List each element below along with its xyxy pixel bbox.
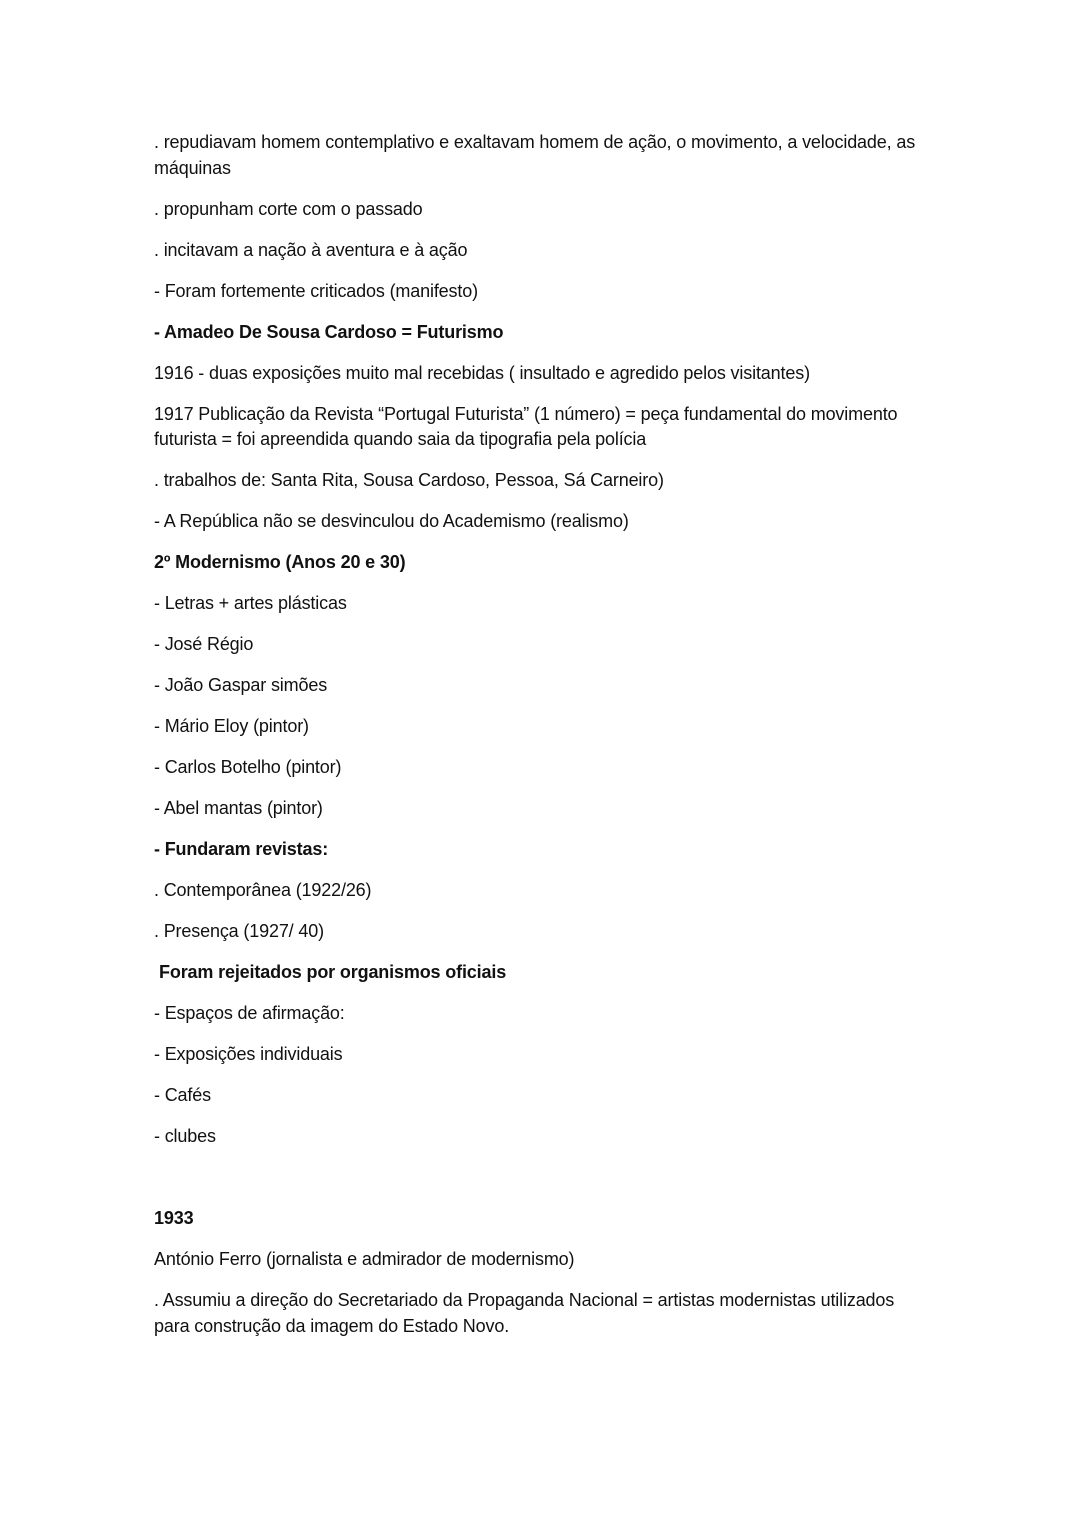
text-line: - Cafés [154, 1083, 934, 1109]
heading-line: Foram rejeitados por organismos oficiais [154, 960, 934, 986]
text-line: . Presença (1927/ 40) [154, 919, 934, 945]
section-heading-1933: 1933 [154, 1206, 934, 1232]
text-line: - Mário Eloy (pintor) [154, 714, 934, 740]
section-1933-body: António Ferro (jornalista e admirador de… [154, 1247, 934, 1339]
document-page: . repudiavam homem contemplativo e exalt… [154, 130, 934, 1355]
text-line: - João Gaspar simões [154, 673, 934, 699]
text-line: 1916 - duas exposições muito mal recebid… [154, 361, 934, 387]
text-line: . trabalhos de: Santa Rita, Sousa Cardos… [154, 468, 934, 494]
text-line: - Exposições individuais [154, 1042, 934, 1068]
text-line: - Letras + artes plásticas [154, 591, 934, 617]
text-line: - A República não se desvinculou do Acad… [154, 509, 934, 535]
text-line: - Carlos Botelho (pintor) [154, 755, 934, 781]
text-line: . Contemporânea (1922/26) [154, 878, 934, 904]
text-line: . Assumiu a direção do Secretariado da P… [154, 1288, 934, 1339]
text-line: . incitavam a nação à aventura e à ação [154, 238, 934, 264]
heading-line: - Amadeo De Sousa Cardoso = Futurismo [154, 320, 934, 346]
text-line: António Ferro (jornalista e admirador de… [154, 1247, 934, 1273]
text-line: - Abel mantas (pintor) [154, 796, 934, 822]
heading-line: - Fundaram revistas: [154, 837, 934, 863]
text-line: - Espaços de afirmação: [154, 1001, 934, 1027]
text-line: - José Régio [154, 632, 934, 658]
text-line: - clubes [154, 1124, 934, 1150]
text-line: . propunham corte com o passado [154, 197, 934, 223]
text-line: - Foram fortemente criticados (manifesto… [154, 279, 934, 305]
notes-body: . repudiavam homem contemplativo e exalt… [154, 130, 934, 1150]
text-line: . repudiavam homem contemplativo e exalt… [154, 130, 934, 181]
heading-line: 2º Modernismo (Anos 20 e 30) [154, 550, 934, 576]
text-line: 1917 Publicação da Revista “Portugal Fut… [154, 402, 934, 453]
section-gap [154, 1165, 934, 1206]
